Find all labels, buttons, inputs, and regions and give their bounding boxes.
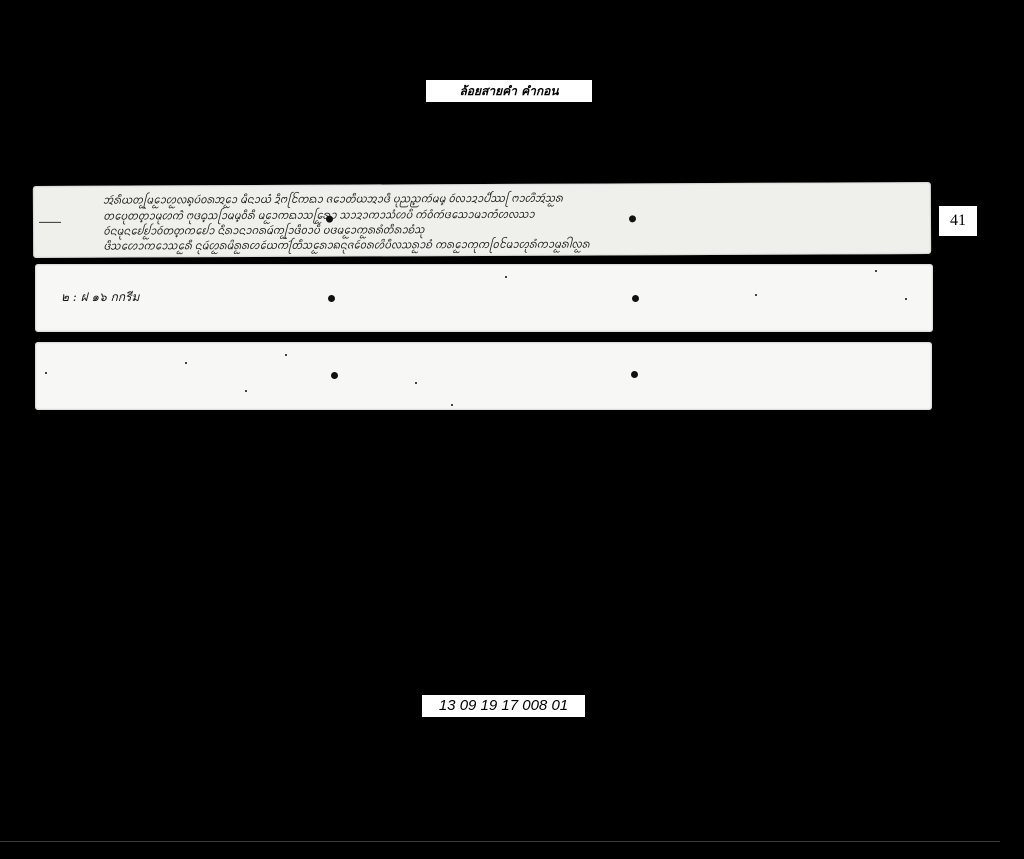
leaf-2-margin-note: ๒ : ฝ ๑๖ กกรีม (61, 288, 139, 307)
speck (905, 298, 907, 300)
scan-edge-line (0, 841, 1000, 842)
leaf-1-text: ᩋᩢᩁᩥᨿᨲᩕᩬᨾᩮᩬᩣᩉᩬᩃ᩠ᨦᨷᩢᩅᩁᩋᩮᩬᩣ ᨾᩥᨶᩣᨿᩴ ᨯᩥᨻᩕᩰᨠᨳ… (103, 186, 871, 253)
speck (755, 294, 757, 296)
palm-leaf-2: ๒ : ฝ ๑๖ กกรีม (35, 264, 933, 332)
binding-hole (629, 215, 636, 222)
speck (451, 404, 453, 406)
catalog-id-label: 13 09 19 17 008 01 (422, 695, 585, 717)
palm-leaf-3 (35, 342, 932, 410)
speck (285, 354, 287, 356)
binding-hole (328, 295, 335, 302)
binding-hole (331, 372, 338, 379)
leaf-1-line-4: ᨴᩥᩈᩮᩉᩣᨠᩮᩣᩈᩮᩬᩁᩥ ᨶᩩᨾᩢᩉᩬᩁᨾᩦᩁᩬᩁᩉᩮᩢᨿᨠᩕᩢᨲᩥᩈᩮᩬᩁ… (103, 234, 871, 255)
speck (45, 372, 47, 374)
speck (185, 362, 187, 364)
palm-leaf-1: ᩋᩢᩁᩥᨿᨲᩕᩬᨾᩮᩬᩣᩉᩬᩃ᩠ᨦᨷᩢᩅᩁᩋᩮᩬᩣ ᨾᩥᨶᩣᨿᩴ ᨯᩥᨻᩕᩰᨠᨳ… (33, 182, 931, 258)
binding-hole (632, 295, 639, 302)
speck (245, 390, 247, 392)
binding-hole (631, 371, 638, 378)
binding-hole (326, 216, 333, 223)
page-number-label: 41 (939, 206, 977, 236)
margin-mark (39, 222, 61, 223)
speck (875, 270, 877, 272)
speck (415, 382, 417, 384)
speck (505, 276, 507, 278)
manuscript-title-label: ล้อยสายคำ คำกอน (426, 80, 592, 102)
